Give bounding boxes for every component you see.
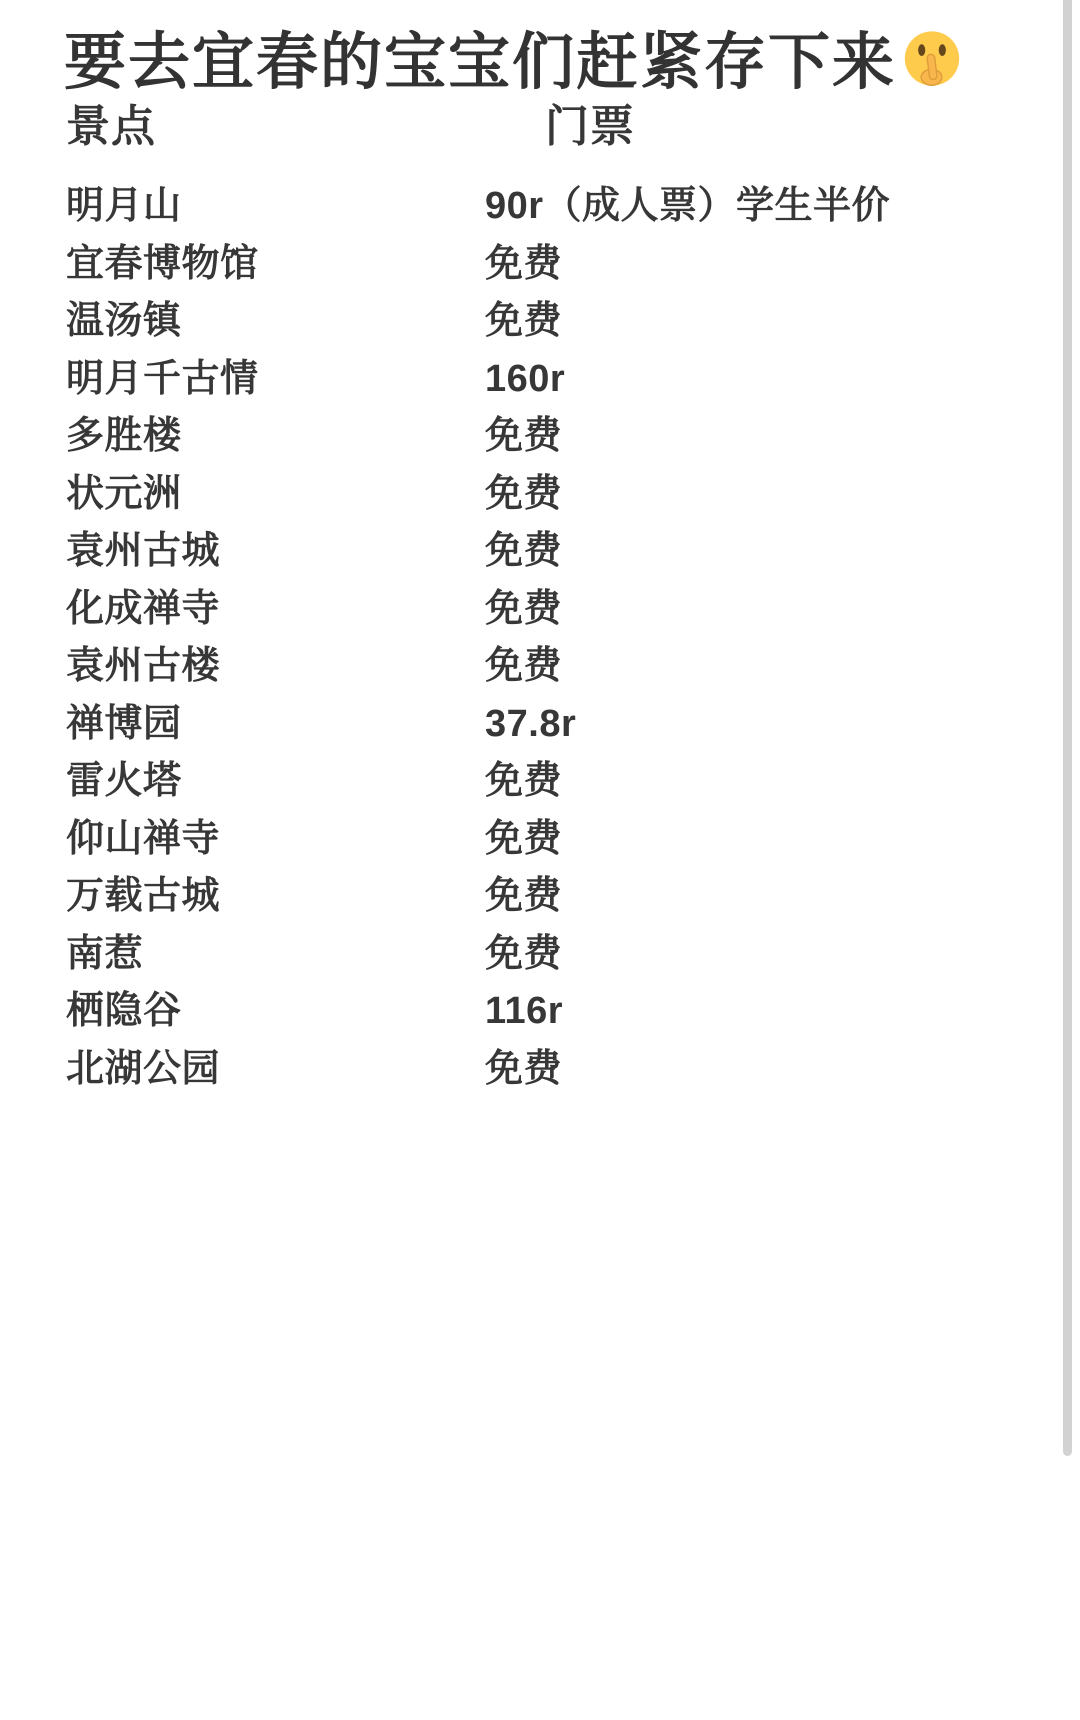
table-row: 温汤镇 免费 bbox=[66, 293, 1060, 351]
attraction-name: 多胜楼 bbox=[66, 408, 182, 466]
attraction-name: 仰山禅寺 bbox=[66, 811, 220, 869]
table-row: 雷火塔 免费 bbox=[66, 753, 1060, 811]
table-row: 化成禅寺 免费 bbox=[66, 581, 1060, 639]
attraction-name: 雷火塔 bbox=[66, 753, 182, 811]
scrollbar-thumb[interactable] bbox=[1063, 0, 1072, 1456]
attraction-name: 化成禅寺 bbox=[66, 581, 220, 639]
ticket-price: 免费 bbox=[485, 408, 562, 466]
attraction-list: 明月山 90r（成人票）学生半价 宜春博物馆 免费 温汤镇 免费 明月千古情 1… bbox=[66, 178, 1060, 1098]
attraction-name: 袁州古城 bbox=[66, 523, 220, 581]
ticket-price: 免费 bbox=[485, 638, 562, 696]
ticket-price: 160r bbox=[485, 351, 565, 409]
table-row: 禅博园 37.8r bbox=[66, 696, 1060, 754]
ticket-price: 免费 bbox=[485, 868, 562, 926]
table-row: 仰山禅寺 免费 bbox=[66, 811, 1060, 869]
ticket-price: 90r（成人票）学生半价 bbox=[485, 178, 890, 236]
table-row: 栖隐谷 116r bbox=[66, 983, 1060, 1041]
table-row: 明月山 90r（成人票）学生半价 bbox=[66, 178, 1060, 236]
ticket-price: 免费 bbox=[485, 811, 562, 869]
table-row: 状元洲 免费 bbox=[66, 466, 1060, 524]
attraction-name: 栖隐谷 bbox=[66, 983, 182, 1041]
ticket-column-header: 门票 bbox=[545, 99, 635, 155]
ticket-price: 免费 bbox=[485, 753, 562, 811]
attraction-name: 明月千古情 bbox=[66, 351, 259, 409]
page: 要去宜春的宝宝们赶紧存下来 景点 门票 明月山 90r（成人票）学生半价 bbox=[0, 0, 1080, 1720]
table-header: 景点 门票 bbox=[66, 99, 1060, 155]
table-row: 宜春博物馆 免费 bbox=[66, 236, 1060, 294]
attraction-name: 宜春博物馆 bbox=[66, 236, 259, 294]
ticket-price: 免费 bbox=[485, 236, 562, 294]
table-row: 北湖公园 免费 bbox=[66, 1041, 1060, 1099]
page-title: 要去宜春的宝宝们赶紧存下来 bbox=[64, 12, 962, 100]
table-row: 多胜楼 免费 bbox=[66, 408, 1060, 466]
page-title-text: 要去宜春的宝宝们赶紧存下来 bbox=[64, 12, 896, 101]
attraction-name: 南惹 bbox=[66, 926, 143, 984]
ticket-price: 免费 bbox=[485, 926, 562, 984]
attraction-name: 袁州古楼 bbox=[66, 638, 220, 696]
attraction-name: 状元洲 bbox=[66, 466, 182, 524]
table-row: 万载古城 免费 bbox=[66, 868, 1060, 926]
attraction-name: 万载古城 bbox=[66, 868, 220, 926]
attraction-column-header: 景点 bbox=[66, 99, 156, 155]
ticket-price: 免费 bbox=[485, 523, 562, 581]
table-row: 南惹 免费 bbox=[66, 926, 1060, 984]
attraction-name: 禅博园 bbox=[66, 696, 182, 754]
attraction-name: 明月山 bbox=[66, 178, 182, 236]
attraction-name: 温汤镇 bbox=[66, 293, 182, 351]
attraction-name: 北湖公园 bbox=[66, 1041, 220, 1099]
ticket-price: 免费 bbox=[485, 466, 562, 524]
shushing-face-emoji bbox=[902, 29, 962, 89]
ticket-price: 37.8r bbox=[485, 696, 576, 754]
ticket-price: 免费 bbox=[485, 1041, 562, 1099]
ticket-price: 免费 bbox=[485, 581, 562, 639]
table-row: 袁州古楼 免费 bbox=[66, 638, 1060, 696]
table-row: 袁州古城 免费 bbox=[66, 523, 1060, 581]
table-row: 明月千古情 160r bbox=[66, 351, 1060, 409]
ticket-price: 116r bbox=[485, 983, 563, 1041]
ticket-price: 免费 bbox=[485, 293, 562, 351]
